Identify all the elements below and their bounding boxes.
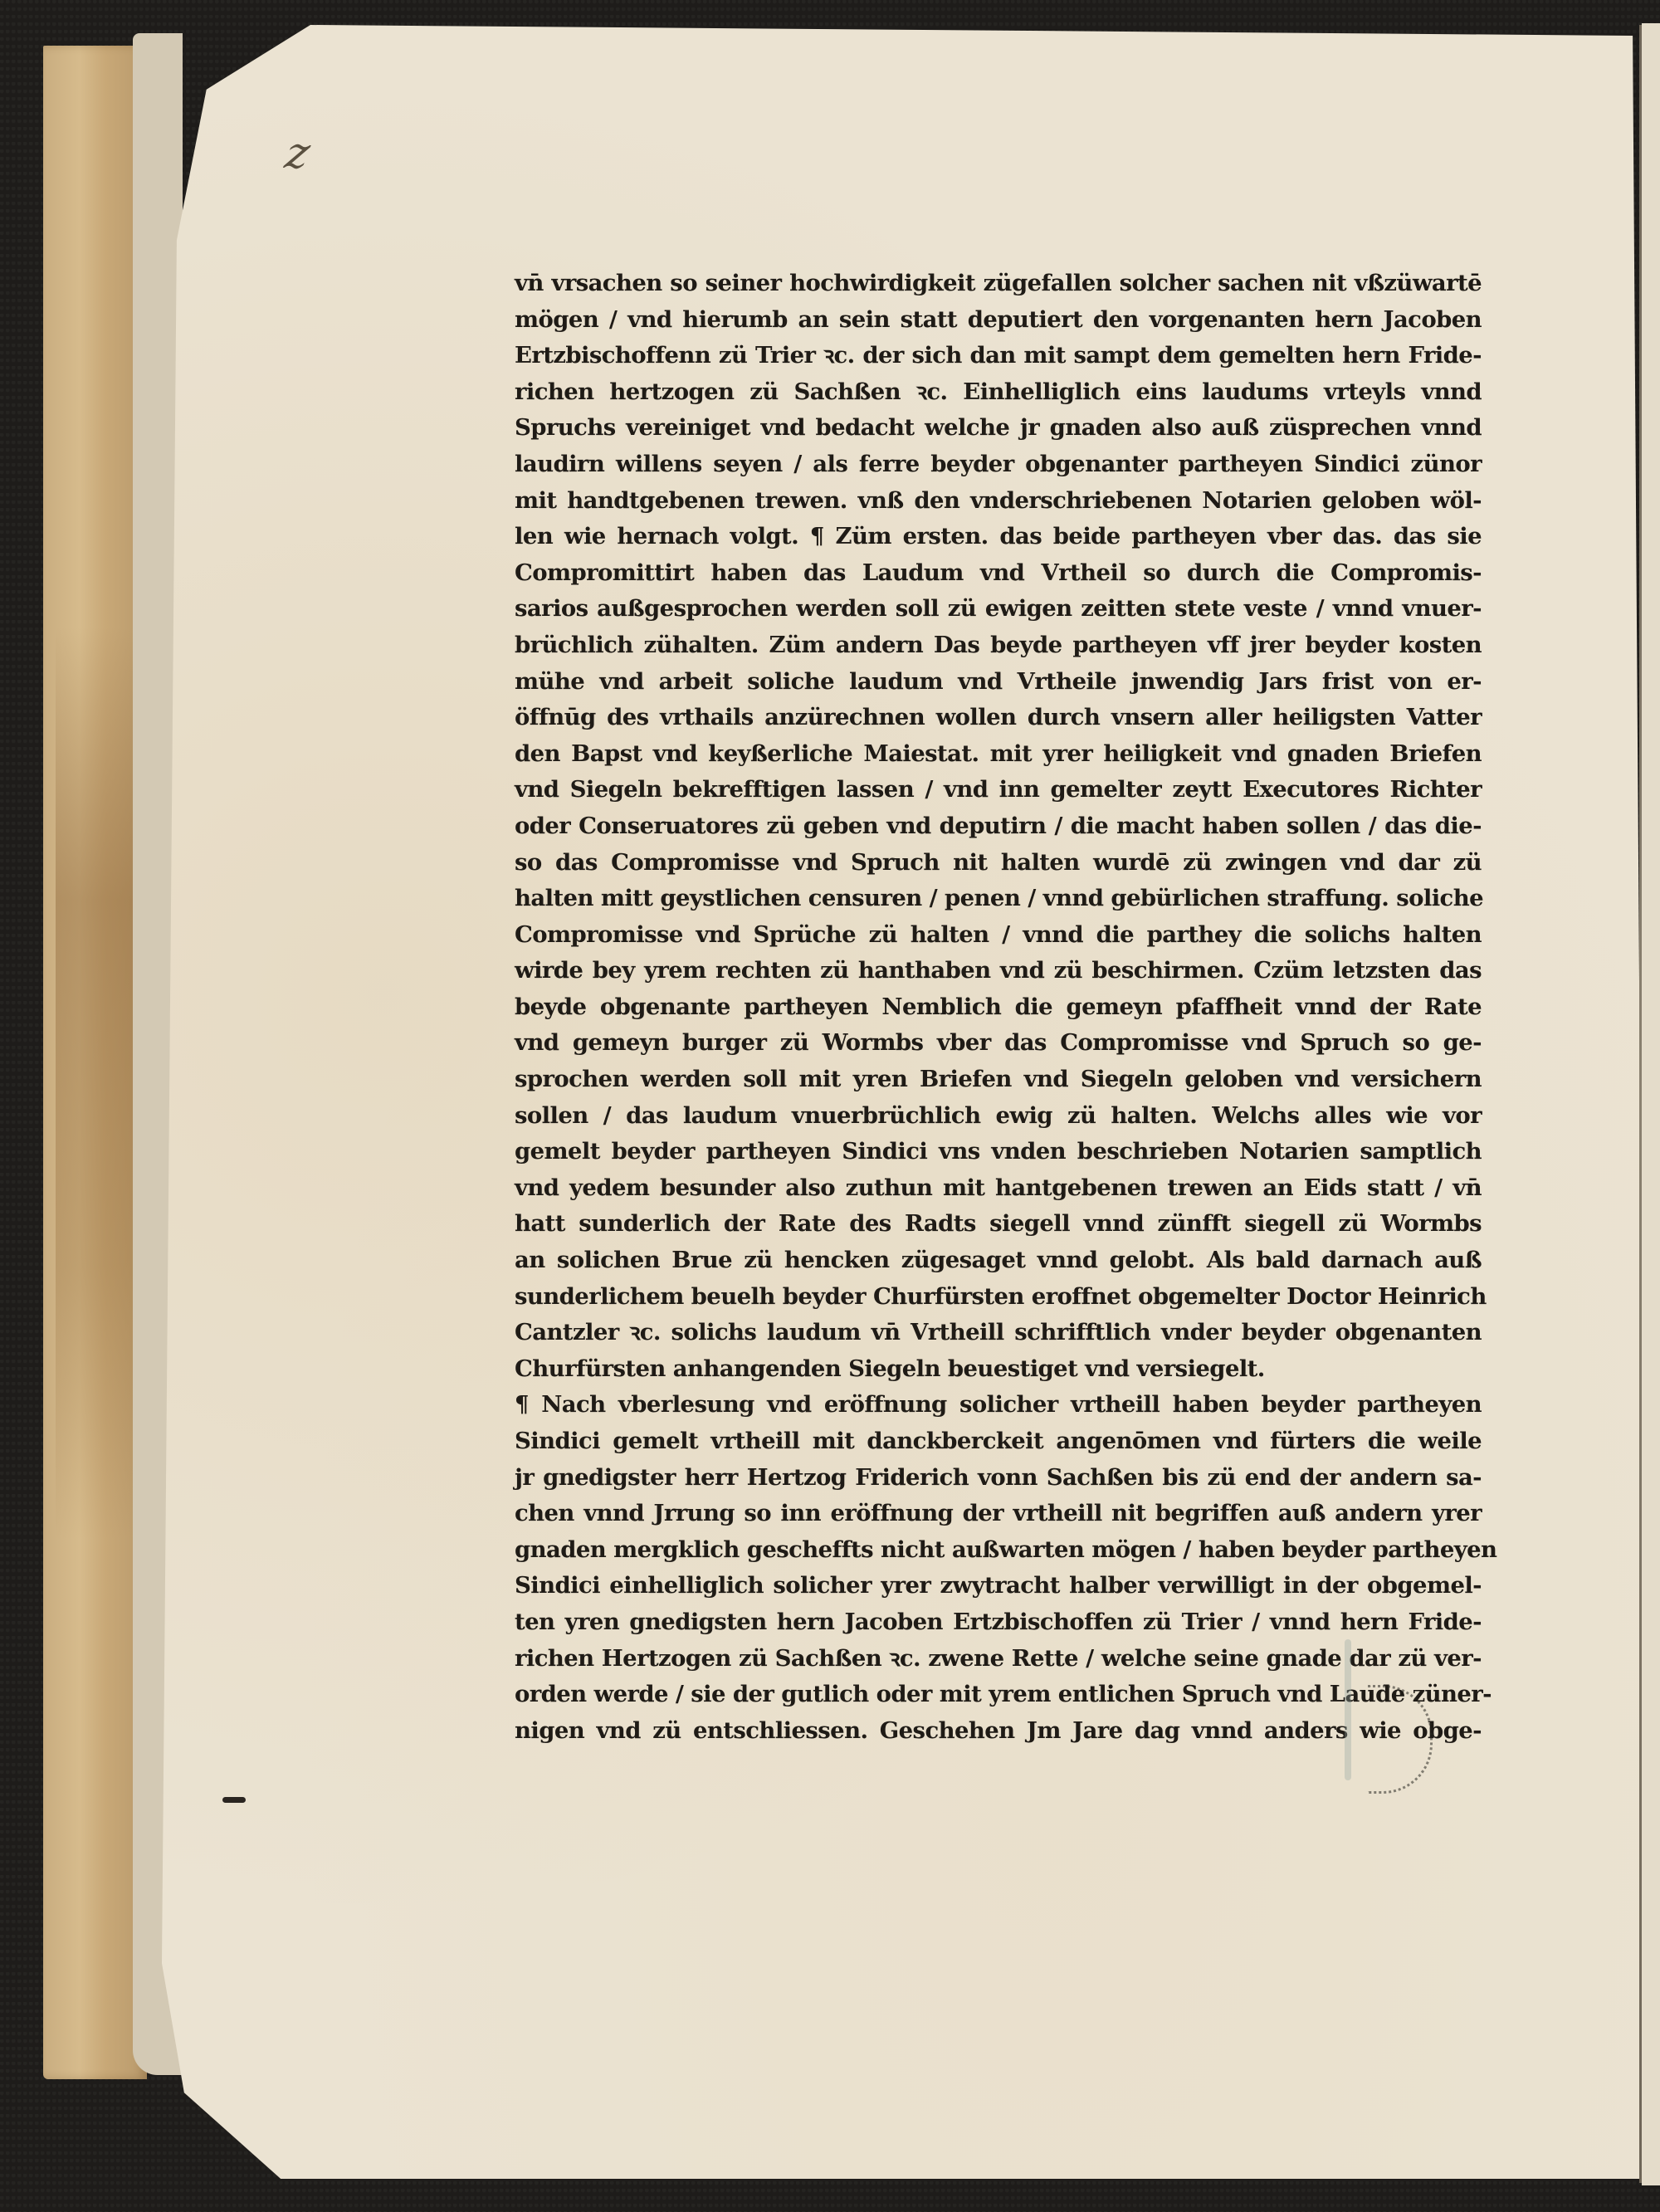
text-line: richen Hertzogen zü Sachßen ꝛc. zwene Re… bbox=[515, 1641, 1482, 1677]
text-line: jr gnedigster herr Hertzog Friderich von… bbox=[515, 1460, 1482, 1497]
text-line: orden werde / sie der gutlich oder mit y… bbox=[515, 1677, 1482, 1713]
text-line: sunderlichem beuelh beyder Churfürsten e… bbox=[515, 1279, 1482, 1316]
text-line: vn̄ vrsachen so seiner hochwirdigkeit zü… bbox=[515, 266, 1482, 302]
text-line: beyde obgenante partheyen Nemblich die g… bbox=[515, 989, 1482, 1026]
text-line: Sindici gemelt vrtheill mit danckberckei… bbox=[515, 1423, 1482, 1460]
text-line: Compromittirt haben das Laudum vnd Vrthe… bbox=[515, 555, 1482, 592]
text-line: richen hertzogen zü Sachßen ꝛc. Einhelli… bbox=[515, 374, 1482, 411]
text-line: mühe vnd arbeit soliche laudum vnd Vrthe… bbox=[515, 664, 1482, 701]
text-line: sollen / das laudum vnuerbrüchlich ewig … bbox=[515, 1098, 1482, 1135]
text-line: nigen vnd zü entschliessen. Geschehen Jm… bbox=[515, 1713, 1482, 1750]
facing-leaf-edge bbox=[1642, 23, 1660, 2185]
text-line: halten mitt geystlichen censuren / penen… bbox=[515, 881, 1482, 917]
text-line: öffnūg des vrthails anzürechnen wollen d… bbox=[515, 700, 1482, 736]
text-line: hatt sunderlich der Rate des Radts siege… bbox=[515, 1206, 1482, 1243]
text-line: vnd yedem besunder also zuthun mit hantg… bbox=[515, 1170, 1482, 1207]
text-line: mögen / vnd hierumb an sein statt deputi… bbox=[515, 302, 1482, 339]
text-line: sprochen werden soll mit yren Briefen vn… bbox=[515, 1062, 1482, 1098]
text-line: oder Conseruatores zü geben vnd deputirn… bbox=[515, 808, 1482, 845]
text-line: den Bapst vnd keyßerliche Maiestat. mit … bbox=[515, 736, 1482, 773]
text-line: brüchlich zühalten. Züm andern Das beyde… bbox=[515, 627, 1482, 664]
text-line: Sindici einhelliglich solicher yrer zwyt… bbox=[515, 1568, 1482, 1604]
text-line: Churfürsten anhangenden Siegeln beuestig… bbox=[515, 1351, 1482, 1388]
text-block: vn̄ vrsachen so seiner hochwirdigkeit zü… bbox=[515, 266, 1482, 1749]
text-line: Ertzbischoffenn zü Trier ꝛc. der sich da… bbox=[515, 338, 1482, 374]
text-line: vnd Siegeln bekrefftigen lassen / vnd in… bbox=[515, 772, 1482, 808]
text-line: gemelt beyder partheyen Sindici vns vnde… bbox=[515, 1134, 1482, 1170]
text-line: Cantzler ꝛc. solichs laudum vn̄ Vrtheill… bbox=[515, 1315, 1482, 1351]
text-line: sarios außgesprochen werden soll zü ewig… bbox=[515, 591, 1482, 627]
text-line: len wie hernach volgt. ¶ Züm ersten. das… bbox=[515, 519, 1482, 555]
text-line: Compromisse vnd Sprüche zü halten / vnnd… bbox=[515, 917, 1482, 954]
text-line: vnd gemeyn burger zü Wormbs vber das Com… bbox=[515, 1025, 1482, 1062]
text-line: so das Compromisse vnd Spruch nit halten… bbox=[515, 845, 1482, 881]
offset-stain bbox=[1345, 1639, 1351, 1780]
text-line: ¶ Nach vberlesung vnd eröffnung solicher… bbox=[515, 1387, 1482, 1423]
text-line: laudirn willens seyen / als ferre beyder… bbox=[515, 447, 1482, 483]
text-line: an solichen Brue zü hencken zügesaget vn… bbox=[515, 1243, 1482, 1279]
binding-stub bbox=[43, 46, 147, 2079]
ink-speck bbox=[222, 1797, 246, 1803]
text-line: mit handtgebenen trewen. vnß den vndersc… bbox=[515, 483, 1482, 520]
text-line: wirde bey yrem rechten zü hanthaben vnd … bbox=[515, 953, 1482, 989]
text-line: Spruchs vereiniget vnd bedacht welche jr… bbox=[515, 410, 1482, 447]
text-line: chen vnnd Jrrung so inn eröffnung der vr… bbox=[515, 1496, 1482, 1532]
text-line: gnaden mergklich gescheffts nicht außwar… bbox=[515, 1532, 1482, 1569]
text-line: ten yren gnedigsten hern Jacoben Ertzbis… bbox=[515, 1604, 1482, 1641]
